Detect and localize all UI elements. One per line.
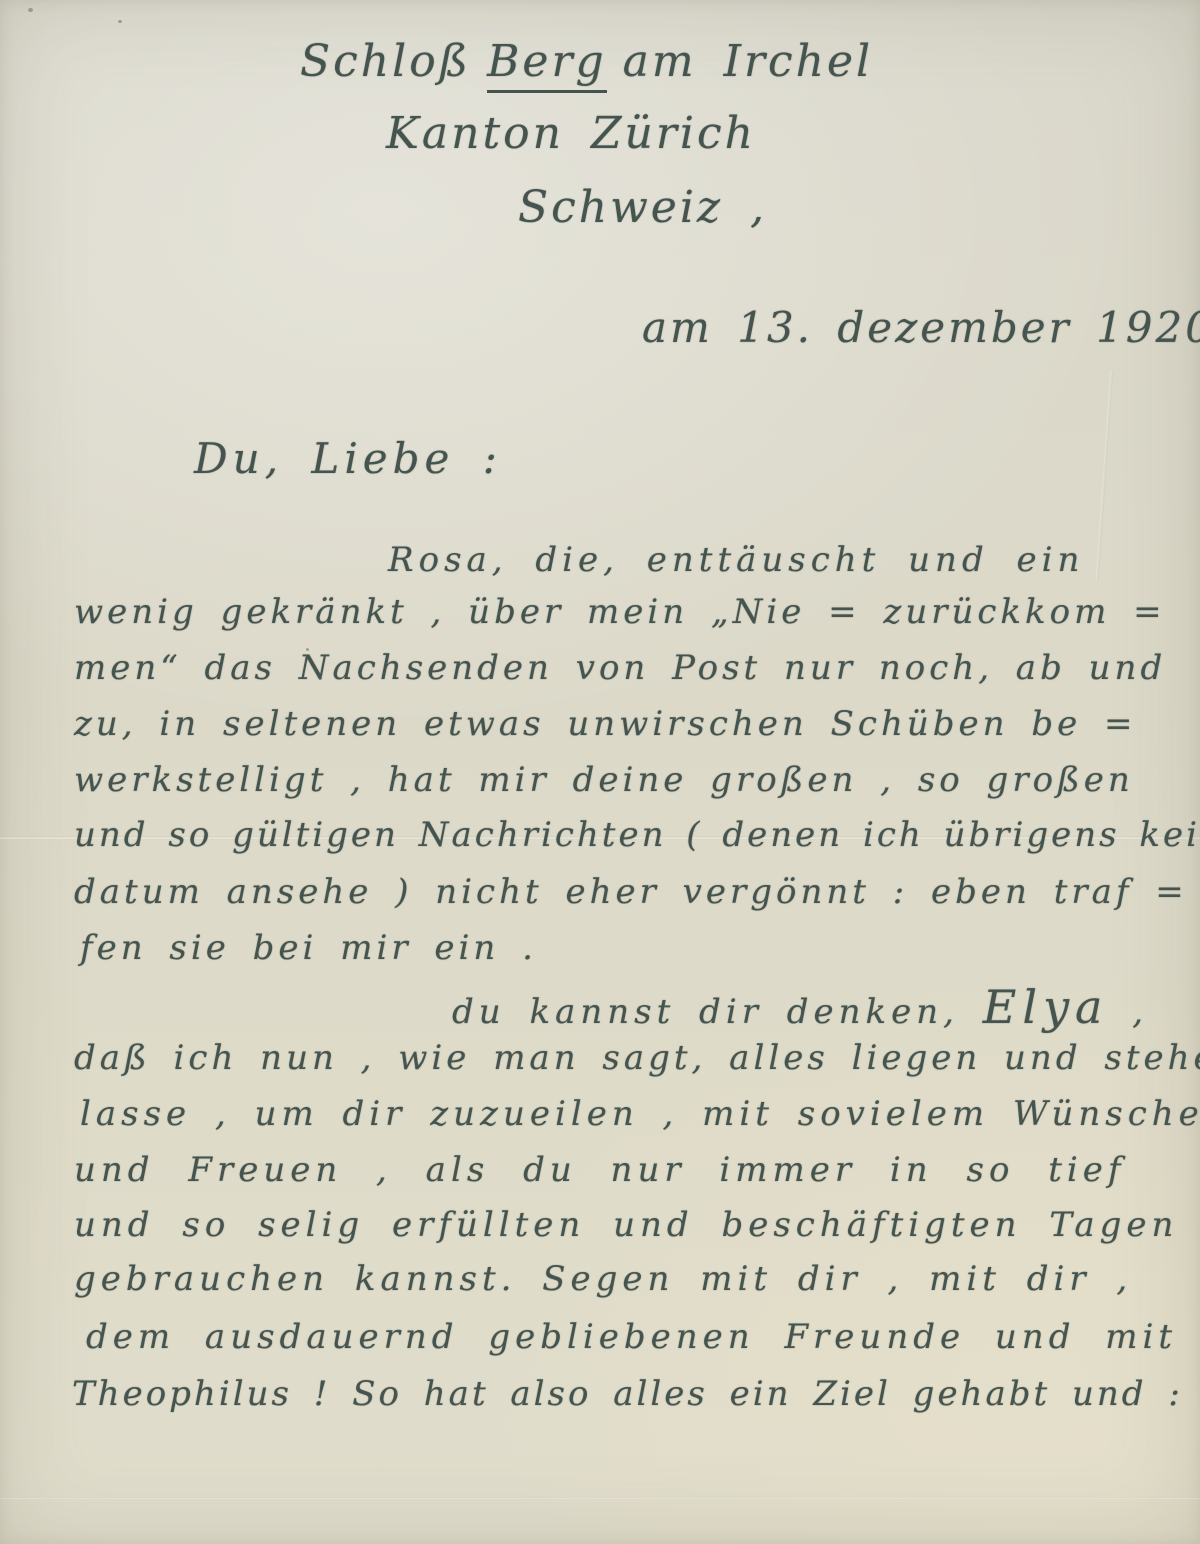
body-line-12: und Freuen , als du nur immer in so tief [74,1150,1125,1190]
body-line-5: werkstelligt , hat mir deine großen , so… [74,760,1134,800]
body-line-6: und so gültigen Nachrichten ( denen ich … [74,815,1200,855]
body-line-15: dem ausdauernd gebliebenen Freunde und m… [86,1317,1177,1357]
letter-page: SchloßBergam Irchel Kanton Zürich Schwei… [0,0,1200,1544]
body-line-9: du kannst dir denken, Elya , [452,980,1148,1034]
body-line-8: fen sie bei mir ein . [80,928,537,968]
recipient-name: Elya [983,980,1109,1034]
header-location-line: SchloßBergam Irchel [300,36,873,87]
body-line-16: Theophilus ! So hat also alles ein Ziel … [72,1374,1183,1414]
body-line-4: zu, in seltenen etwas unwirschen Schüben… [74,704,1137,744]
body-line-3: men“ das Nachsenden von Post nur noch, a… [74,648,1166,688]
header-location-pre: Schloß [300,36,471,87]
paper-speck [118,20,122,23]
fold-crease-horizontal-lower [0,1497,1200,1500]
body-line-11: lasse , um dir zuzueilen , mit sovielem … [80,1094,1200,1134]
fold-crease-vertical [1096,370,1114,580]
date-line: am 13. dezember 1920 [642,303,1200,352]
body-line-9-text: du kannst dir denken, [452,992,983,1032]
header-country-line: Schweiz , [518,182,767,233]
body-line-9-punct: , [1108,992,1148,1032]
body-line-2: wenig gekränkt , über mein „Nie = zurück… [74,592,1166,632]
body-line-1: Rosa, die, enttäuscht und ein [388,540,1084,580]
body-line-13: und so selig erfüllten und beschäftigten… [74,1205,1178,1245]
body-line-10: daß ich nun , wie man sagt, alles liegen… [74,1038,1200,1078]
paper-speck [28,8,33,12]
body-line-14: gebrauchen kannst. Segen mit dir , mit d… [74,1259,1132,1299]
salutation: Du, Liebe : [194,434,502,483]
header-location-name: Berg [487,36,607,93]
header-location-post: am Irchel [623,36,873,87]
header-region-line: Kanton Zürich [386,108,756,159]
body-line-7: datum ansehe ) nicht eher vergönnt : ebe… [74,872,1188,912]
